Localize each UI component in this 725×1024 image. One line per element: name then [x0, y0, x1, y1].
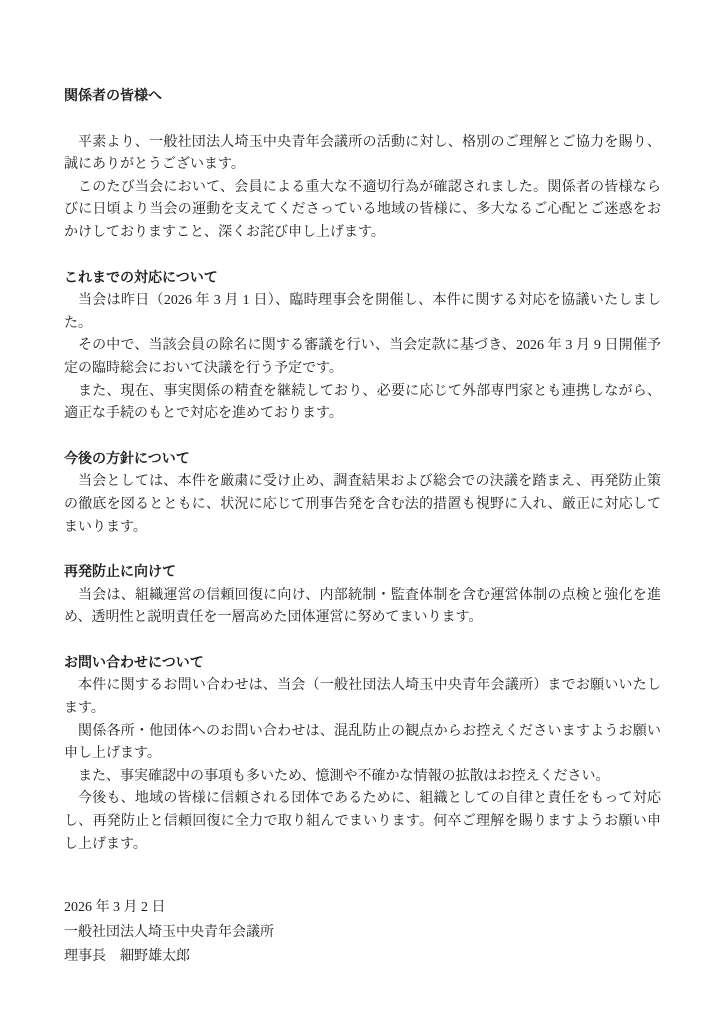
section-paragraph: 関係各所・他団体へのお問い合わせは、混乱防止の観点からお控えくださいますようお願… [64, 721, 661, 766]
section-past-response: これまでの対応について 当会は昨日（2026 年 3 月 1 日）、臨時理事会を… [64, 268, 661, 426]
section-paragraph: 当会は、組織運営の信頼回復に向け、内部統制・監査体制を含む運営体制の点検と強化を… [64, 585, 661, 630]
signature-organization: 一般社団法人埼玉中央青年会議所 [64, 921, 661, 946]
section-heading-recurrence-prevention: 再発防止に向けて [64, 562, 661, 585]
intro-paragraph-1: 平素より、一般社団法人埼玉中央青年会議所の活動に対し、格別のご理解とご協力を賜り… [64, 132, 661, 177]
section-paragraph: 当会としては、本件を厳粛に受け止め、調査結果および総会での決議を踏まえ、再発防止… [64, 471, 661, 539]
section-heading-future-policy: 今後の方針について [64, 449, 661, 472]
salutation-heading: 関係者の皆様へ [64, 86, 661, 109]
signature-date: 2026 年 3 月 2 日 [64, 896, 661, 921]
section-paragraph: 当会は昨日（2026 年 3 月 1 日）、臨時理事会を開催し、本件に関する対応… [64, 290, 661, 335]
signature-block: 2026 年 3 月 2 日 一般社団法人埼玉中央青年会議所 理事長 細野雄太郎 [64, 896, 661, 970]
section-future-policy: 今後の方針について 当会としては、本件を厳粛に受け止め、調査結果および総会での決… [64, 449, 661, 539]
intro-paragraph-2: このたび当会において、会員による重大な不適切行為が確認されました。関係者の皆様な… [64, 177, 661, 245]
section-paragraph: また、現在、事実関係の精査を継続しており、必要に応じて外部専門家とも連携しながら… [64, 381, 661, 426]
section-heading-past-response: これまでの対応について [64, 268, 661, 291]
letter-document-page: 関係者の皆様へ 平素より、一般社団法人埼玉中央青年会議所の活動に対し、格別のご理… [0, 0, 725, 1024]
section-paragraph: その中で、当該会員の除名に関する審議を行い、当会定款に基づき、2026 年 3 … [64, 335, 661, 380]
closing-paragraph: 今後も、地域の皆様に信頼される団体であるために、組織としての自律と責任をもって対… [64, 788, 661, 856]
section-inquiries: お問い合わせについて 本件に関するお問い合わせは、当会（一般社団法人埼玉中央青年… [64, 653, 661, 789]
section-paragraph: また、事実確認中の事項も多いため、憶測や不確かな情報の拡散はお控えください。 [64, 766, 661, 789]
section-heading-inquiries: お問い合わせについて [64, 653, 661, 676]
section-paragraph: 本件に関するお問い合わせは、当会（一般社団法人埼玉中央青年会議所）までお願いいた… [64, 675, 661, 720]
signature-representative: 理事長 細野雄太郎 [64, 945, 661, 970]
section-recurrence-prevention: 再発防止に向けて 当会は、組織運営の信頼回復に向け、内部統制・監査体制を含む運営… [64, 562, 661, 630]
